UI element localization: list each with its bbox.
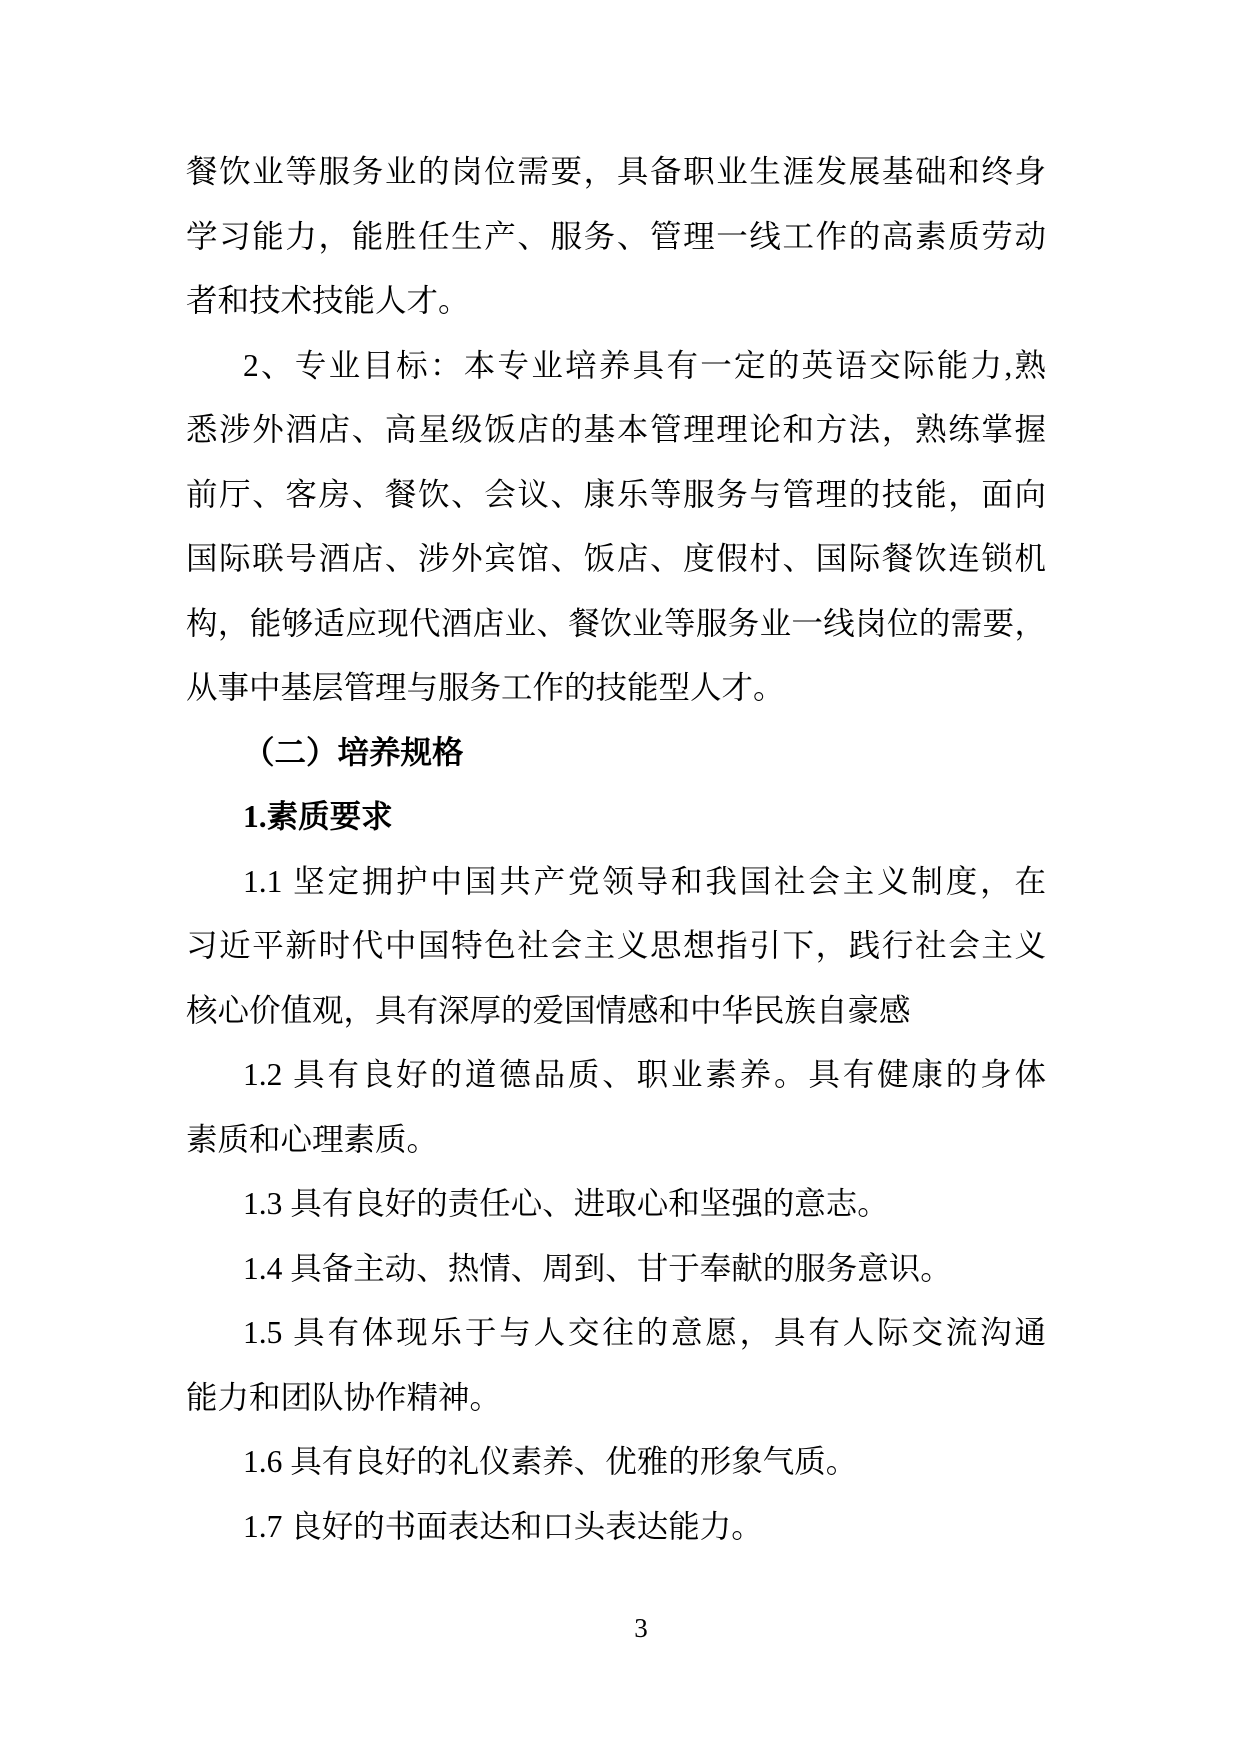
body-text-line: 1.1 坚定拥护中国共产党领导和我国社会主义制度，在 [186, 850, 1046, 915]
section-heading: （二）培养规格 [186, 721, 1046, 786]
body-text-line: 国际联号酒店、涉外宾馆、饭店、度假村、国际餐饮连锁机 [186, 527, 1046, 592]
body-text-line: 餐饮业等服务业的岗位需要，具备职业生涯发展基础和终身 [186, 140, 1046, 205]
body-text-line: 1.7 良好的书面表达和口头表达能力。 [186, 1495, 1046, 1560]
text-block: 餐饮业等服务业的岗位需要，具备职业生涯发展基础和终身 学习能力，能胜任生产、服务… [186, 140, 1046, 1559]
body-text-line: 1.6 具有良好的礼仪素养、优雅的形象气质。 [186, 1430, 1046, 1495]
body-text-line: 学习能力，能胜任生产、服务、管理一线工作的高素质劳动 [186, 205, 1046, 270]
body-text-line: 素质和心理素质。 [186, 1108, 1046, 1173]
body-text-line: 者和技术技能人才。 [186, 269, 1046, 334]
subsection-heading: 1.素质要求 [186, 785, 1046, 850]
body-text-line: 2、专业目标：本专业培养具有一定的英语交际能力,熟 [186, 334, 1046, 399]
body-text-line: 前厅、客房、餐饮、会议、康乐等服务与管理的技能，面向 [186, 463, 1046, 528]
body-text-line: 悉涉外酒店、高星级饭店的基本管理理论和方法，熟练掌握 [186, 398, 1046, 463]
body-text-line: 1.3 具有良好的责任心、进取心和坚强的意志。 [186, 1172, 1046, 1237]
body-text-line: 核心价值观，具有深厚的爱国情感和中华民族自豪感 [186, 979, 1046, 1044]
body-text-line: 能力和团队协作精神。 [186, 1366, 1046, 1431]
body-text-line: 构，能够适应现代酒店业、餐饮业等服务业一线岗位的需要， [186, 592, 1046, 657]
body-text-line: 习近平新时代中国特色社会主义思想指引下，践行社会主义 [186, 914, 1046, 979]
body-text-line: 1.5 具有体现乐于与人交往的意愿，具有人际交流沟通 [186, 1301, 1046, 1366]
body-text-line: 从事中基层管理与服务工作的技能型人才。 [186, 656, 1046, 721]
page-number: 3 [561, 1612, 721, 1644]
body-text-line: 1.4 具备主动、热情、周到、甘于奉献的服务意识。 [186, 1237, 1046, 1302]
document-page: 餐饮业等服务业的岗位需要，具备职业生涯发展基础和终身 学习能力，能胜任生产、服务… [0, 0, 1234, 1748]
body-text-line: 1.2 具有良好的道德品质、职业素养。具有健康的身体 [186, 1043, 1046, 1108]
